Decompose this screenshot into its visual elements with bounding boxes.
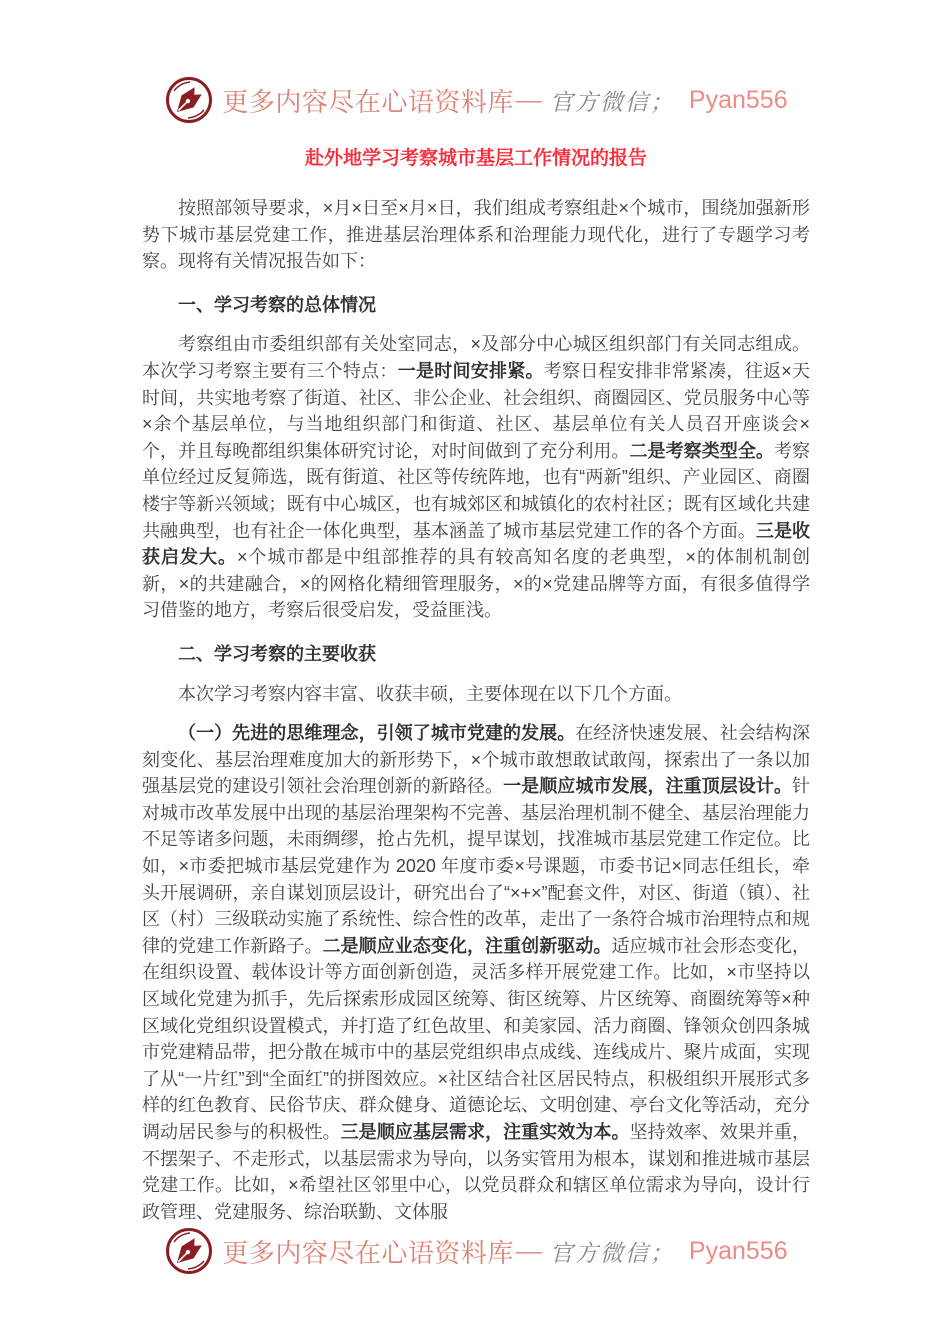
bold-text-run: （一）先进的思维理念，引领了城市党建的发展。 bbox=[178, 723, 575, 743]
pen-nib-badge-icon bbox=[164, 74, 214, 126]
bold-text-run: 三是顺应基层需求，注重实效为本。 bbox=[341, 1122, 630, 1142]
pen-nib-badge-icon bbox=[164, 1225, 214, 1277]
brand-promo-text: 更多内容尽在心语资料库 bbox=[222, 82, 514, 119]
brand-wechat-label: 官方微信； bbox=[550, 84, 675, 117]
brand-dash: — bbox=[516, 1236, 542, 1266]
bold-text-run: 一、学习考察的总体情况 bbox=[178, 295, 376, 315]
brand-wechat-id: Pyan556 bbox=[689, 1237, 788, 1266]
text-run: 按照部领导要求，×月×日至×月×日，我们组成考察组赴×个城市，围绕加强新形势下城… bbox=[142, 198, 810, 271]
bold-text-run: 二是顺应业态变化，注重创新驱动。 bbox=[323, 936, 612, 956]
brand-promo-text: 更多内容尽在心语资料库 bbox=[222, 1233, 514, 1270]
bold-text-run: 二、学习考察的主要收获 bbox=[178, 644, 376, 664]
footer: 更多内容尽在心语资料库 — 官方微信； Pyan556 bbox=[142, 1225, 810, 1277]
bold-text-run: 一是顺应城市发展，注重顶层设计。 bbox=[503, 776, 792, 796]
header-brand: 更多内容尽在心语资料库 — 官方微信； Pyan556 bbox=[142, 74, 810, 126]
brand-wechat-label: 官方微信； bbox=[550, 1235, 675, 1268]
section-heading: 二、学习考察的主要收获 bbox=[142, 641, 810, 668]
brand-wechat-id: Pyan556 bbox=[689, 86, 788, 115]
paragraph: （一）先进的思维理念，引领了城市党建的发展。在经济快速发展、社会结构深刻变化、基… bbox=[142, 720, 810, 1225]
document-page: 更多内容尽在心语资料库 — 官方微信； Pyan556 赴外地学习考察城市基层工… bbox=[0, 0, 950, 1344]
text-run: ×个城市都是中组部推荐的具有较高知名度的老典型，×的体制机制创新，×的共建融合，… bbox=[142, 547, 810, 620]
paragraph: 考察组由市委组织部有关处室同志，×及部分中心城区组织部门有关同志组成。本次学习考… bbox=[142, 331, 810, 624]
bold-text-run: 一是时间安排紧。 bbox=[398, 361, 544, 381]
section-heading: 一、学习考察的总体情况 bbox=[142, 292, 810, 319]
footer-brand: 更多内容尽在心语资料库 — 官方微信； Pyan556 bbox=[142, 1225, 810, 1277]
document-body: 按照部领导要求，×月×日至×月×日，我们组成考察组赴×个城市，围绕加强新形势下城… bbox=[142, 182, 810, 1225]
text-run: 适应城市社会形态变化，在组织设置、载体设计等方面创新创造，灵活多样开展党建工作。… bbox=[142, 936, 810, 1142]
paragraph: 按照部领导要求，×月×日至×月×日，我们组成考察组赴×个城市，围绕加强新形势下城… bbox=[142, 195, 810, 275]
bold-text-run: 二是考察类型全。 bbox=[630, 441, 774, 461]
brand-dash: — bbox=[516, 85, 542, 115]
text-run: 本次学习考察内容丰富、收获丰硕，主要体现在以下几个方面。 bbox=[178, 684, 682, 704]
text-run: 针对城市改革发展中出现的基层治理架构不完善、基层治理机制不健全、基层治理能力不足… bbox=[142, 776, 810, 956]
paragraph: 本次学习考察内容丰富、收获丰硕，主要体现在以下几个方面。 bbox=[142, 681, 810, 708]
doc-title: 赴外地学习考察城市基层工作情况的报告 bbox=[142, 146, 810, 172]
